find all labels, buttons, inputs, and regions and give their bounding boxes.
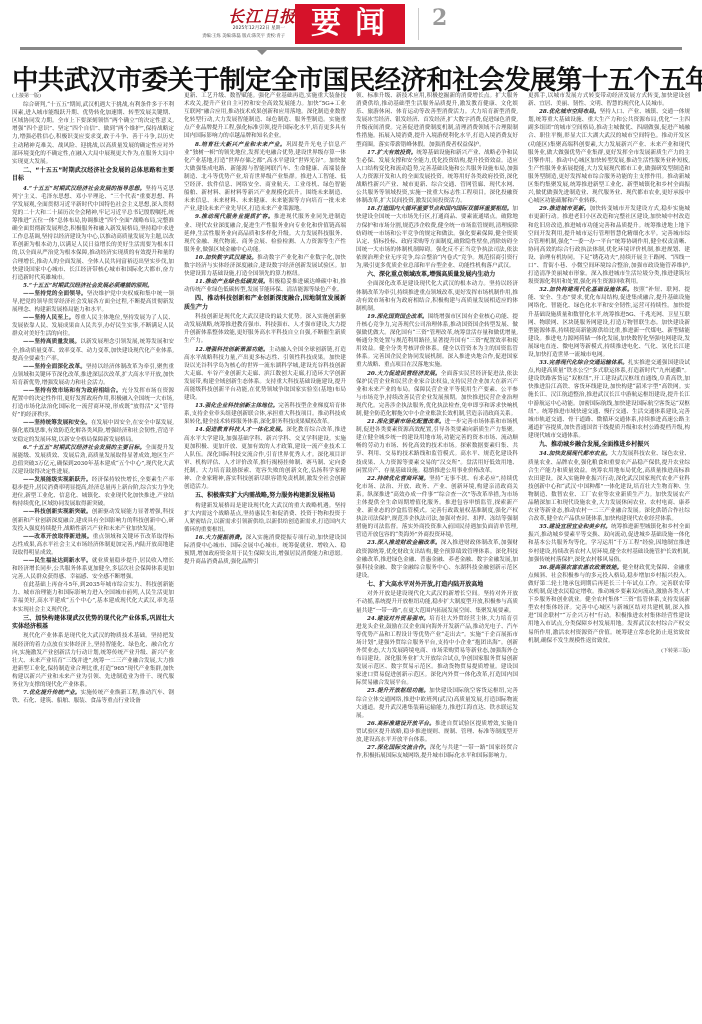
- paragraph: 更抓手,以城市发展方式转变带动经济发展方式转变,加快建设创新、宜居、美丽、韧性、…: [528, 92, 690, 108]
- item-text: 按照“补短、联网、提能、安全、生态”要求,优化布局结构,促进集成融合,提升基础设…: [528, 287, 690, 358]
- item-label: 6.“十五五”时期武汉经济社会发展的主要目标。: [23, 445, 145, 451]
- principle-label: ——坚持统筹发展和安全。: [23, 420, 91, 426]
- item-label: 7.优化提升传统产业。: [23, 690, 81, 696]
- principle-label: ——民生福祉达到新水平。: [23, 558, 92, 564]
- paragraph: 综合研判,“十五五”期间,武汉机遇大于挑战,有利条件多于不利因素,进入城市能级跃…: [12, 101, 174, 166]
- paragraph: 构建新发展格局是建设现代化大武汉的重大战略机遇。坚持扩大内需这个战略基点,坚持惠…: [184, 502, 346, 534]
- principle-label: ——坚持党的全面领导。: [23, 291, 87, 297]
- principle-paragraph: ——坚持有效市场和有为政府相结合。充分发挥市场在资源配置中的决定性作用,更好发挥…: [12, 387, 174, 419]
- paragraph: 领、标准升级、新技术应用,积极挖掘新的消费增长点。扩大服务消费供给,推动基础型生…: [356, 92, 518, 149]
- numbered-item: 9.推动现代服务业提质扩容。推进现代服务业同先进制造业、现代农业深度融合,促进生…: [184, 213, 346, 253]
- section-heading: 七、扩大高水平对外开放,打造内陆开放高地: [356, 581, 518, 589]
- item-label: 18.打造国内大循环重要节点和国内国际双循环重要枢纽。: [367, 206, 512, 212]
- item-label: 25.提升开放枢纽功能。: [367, 688, 429, 694]
- numbered-item: 19.深化国资国企改革。围绕增强市区国有企业核心功能、提升核心竞争力,完善现代公…: [356, 313, 518, 370]
- item-label: 26.高标准建设开放平台。: [367, 721, 435, 727]
- numbered-item: 16.大力提振消费。深入实施消费提振专项行动,加快建设国际消费中心城市、国际会展…: [184, 534, 346, 566]
- issue-date: 2025年12月22日 星期一: [175, 25, 285, 31]
- item-text: 培育壮大外贸经营主体,大力培育引进龙头企业,鼓励在汉企业面向海外开发新产品,推动…: [356, 616, 518, 687]
- item-label: 32.加快构建现代化基础设施体系。: [539, 287, 633, 293]
- numbered-item: 33.完善现代化综合交通运输体系。扎实推进交通强国建设试点,构建高质量“铁水公空…: [528, 359, 690, 440]
- section-heading: 五、积极落实扩大内需战略,努力服务构建新发展格局: [184, 492, 346, 500]
- numbered-item: 10.加快数字武汉建设。推动数字产业化和产业数字化,加快数字经济与实体经济深度融…: [184, 254, 346, 278]
- numbered-item: 18.打造国内大循环重要节点和国内国际双循环重要枢纽。加快建设全国统一大市场先行…: [356, 205, 518, 270]
- item-label: 33.完善现代化综合交通运输体系。: [539, 360, 628, 366]
- item-text: 健全财政优先保障、金融重点倾斜、社会积极参与的多元投入格局,稳步增加乡村振兴投入…: [528, 565, 690, 644]
- principle-paragraph: ——坚持统筹发展和安全。在发展中固安全,在安全中谋发展,强化底线思维,有效防范化…: [12, 419, 174, 443]
- paragraph: 对外开放是建设现代化大武汉的新增长空间。坚持对外开放不动摇,系统提升开放枢纽功能…: [356, 590, 518, 614]
- item-label: 29.推进城市更新。: [539, 206, 590, 212]
- paragraph: 科技创新是现代化大武汉建设的最大优势。深入实施创新驱动发展战略,统筹推进教育强市…: [184, 313, 346, 345]
- item-text: 坚持人口、产业、城镇、交通一体规划,统筹重大基础设施、重大生产力和公共资源布局,…: [528, 109, 690, 204]
- article-column-4: 更抓手,以城市发展方式转变带动经济发展方式转变,加快建设创新、宜居、美丽、韧性、…: [528, 92, 690, 1022]
- item-label: 4.“十五五”时期武汉经济社会发展的指导思想。: [23, 186, 145, 192]
- numbered-item: 6.“十五五”时期武汉经济社会发展的主要目标。全面提升发展能级、发展质效、发展后…: [12, 444, 174, 476]
- numbered-item: 17.扩大有效投资。统筹基础设施和新兴产业、战略必争和民生必保、发展支撑和安全能…: [356, 149, 518, 206]
- numbered-item: 4.“十五五”时期武汉经济社会发展的指导思想。坚持马克思列宁主义、毛泽东思想、邓…: [12, 185, 174, 282]
- section-heading: 二、“十五五”时期武汉经济社会发展的总体思路和主要目标: [12, 167, 174, 184]
- numbered-item: 5.“十五五”时期武汉经济社会发展必须遵循的原则。: [12, 282, 174, 290]
- numbered-item: 20.大力促进民营经济发展。全面落实民营经济促进法,依法保护民营企业和民营企业家…: [356, 370, 518, 419]
- numbered-item: 11.推动产业绿色低碳发展。积极稳妥推进碳达峰碳中和,推动传统产业绿色低碳转型,…: [184, 278, 346, 294]
- numbered-item: 23.深入推进财政金融改革。深入推进财政体制改革,加强财政资源统筹,优化财政支出…: [356, 539, 518, 579]
- principle-label: ——改革开放取得新进展。: [23, 534, 93, 540]
- item-label: 34.加快发展现代都市农业。: [539, 451, 611, 457]
- principle-label: ——发展能级实现新跃升。: [23, 477, 92, 483]
- editors-credit: 责编:王烁 美编:陈磊 版式:陈笑宇 责校:青子: [150, 33, 285, 39]
- item-label: 19.深化国资国企改革。: [367, 314, 428, 320]
- article-column-1: (上接第一版) 综合研判,“十五五”期间,武汉机遇大于挑战,有利条件多于不利因素…: [12, 92, 174, 1022]
- item-label: 23.深入推进财政金融改革。: [367, 540, 441, 546]
- numbered-item: 29.推进城市更新。加快转变城市开发建设方式,稳步实施城市更新行动。推进老旧小区…: [528, 205, 690, 286]
- paragraph: 更新、工艺升级、数智赋能。强化产业基础再造,实施重大装备技术攻关,提升产业自主可…: [184, 92, 346, 141]
- continued-to-note: (下转第三版): [528, 647, 690, 655]
- item-label: 14.促进教育科技人才一体化发展。: [195, 427, 286, 433]
- item-label: 35.建设宜居宜业和美乡村。: [539, 524, 611, 530]
- article-column-3: 领、标准升级、新技术应用,积极挖掘新的消费增长点。扩大服务消费供给,推动基础型生…: [356, 92, 518, 1022]
- page-number: 2: [432, 5, 447, 31]
- numbered-item: 35.建设宜居宜业和美乡村。统筹推进新型城镇化和乡村全面振兴,推动城乡要素平等交…: [528, 523, 690, 563]
- divider: [418, 8, 419, 40]
- numbered-item: 8.培育壮大新兴产业和未来产业。巩固提升光电子信息产业“独树一帜”的领先地位,发…: [184, 141, 346, 214]
- masthead: 长江日报 2025年12月22日 星期一 责编:王烁 美编:陈磊 版式:陈笑宇 …: [0, 0, 702, 50]
- item-text: 加快转变城市开发建设方式,稳步实施城市更新行动。推进老旧小区改造和完整社区建设,…: [528, 206, 690, 285]
- item-label: 13.强化企业科技创新主体地位。: [195, 403, 278, 409]
- numbered-item: 24.建设对外贸易强市。培育壮大外贸经营主体,大力培育引进龙头企业,鼓励在汉企业…: [356, 615, 518, 688]
- principle-paragraph: ——发展能级实现新跃升。经济保持较快增长,全要素生产率稳步提升,居民消费率明显提…: [12, 476, 174, 508]
- principle-paragraph: ——民生福祉达到新水平。就业质量稳步提升,居民收入增长和经济增长同步,公共服务体…: [12, 557, 174, 581]
- item-text: 加快建设全国统一大市场先行区,打通商品、要素流通堵点。破除地方保护和市场分割,规…: [356, 206, 518, 269]
- section-heading: 三、加快构建体现武汉优势的现代化产业体系,巩固壮大实体经济根基: [12, 615, 174, 632]
- item-label: 27.深化国际交流合作。: [367, 745, 430, 751]
- item-label: 24.建设对外贸易强市。: [367, 616, 429, 622]
- numbered-item: 34.加快发展现代都市农业。大力发展科技农业、绿色农业、质量农业、品牌农业,强化…: [528, 450, 690, 523]
- item-label: 8.培育壮大新兴产业和未来产业。: [195, 142, 286, 148]
- item-label: 10.加快数字武汉建设。: [195, 255, 257, 261]
- numbered-item: 12.增强科技创新策源功能。主动融入全国全球创新链,打造高水平战略科技力量,产出…: [184, 346, 346, 403]
- principle-paragraph: ——科技创新实现新突破。创新驱动发展能力显著增强,科技创新和产业创新深度融合,建…: [12, 508, 174, 532]
- numbered-item: 7.优化提升传统产业。实施传统产业焕新工程,推动汽车、钢铁、石化、建筑、船舶、服…: [12, 689, 174, 705]
- continued-from-note: (上接第一版): [12, 92, 174, 100]
- principle-paragraph: ——坚持人民至上。尊重人民主体地位,坚持发展为了人民、发展依靠人民、发展成果由人…: [12, 314, 174, 338]
- section-heading: 九、推动城乡融合发展,全面推进乡村振兴: [528, 441, 690, 449]
- item-label: 9.推动现代服务业提质扩容。: [195, 214, 274, 220]
- principle-label: ——坚持全面深化改革。: [23, 364, 86, 370]
- item-label: 21.深化要素市场化配置改革。: [367, 419, 445, 425]
- numbered-item: 13.强化企业科技创新主体地位。完善科技型企业梯度培育体系,支持企业牵头组建创新…: [184, 402, 346, 426]
- principle-paragraph: ——坚持全面深化改革。坚持以经济体制改革为牵引,聚焦重点领域和关键环节深化改革,…: [12, 363, 174, 387]
- numbered-item: 32.加快构建现代化基础设施体系。按照“补短、联网、提能、安全、生态”要求,优化…: [528, 286, 690, 359]
- item-text: 围绕增强市区国有企业核心功能、提升核心竞争力,完善现代公司治理体系,推动国资国企…: [356, 314, 518, 369]
- item-text: 坚持“无事不扰、有求必应”,持续优化市场、法治、开放、政务、产业、创新环境,构建…: [356, 476, 518, 539]
- principle-label: ——坚持人民至上。: [23, 315, 75, 321]
- item-text: 统筹基础设施和新兴产业、战略必争和民生必保、发展支撑和安全能力,优化投资结构,提…: [356, 150, 518, 205]
- principle-paragraph: ——坚持党的全面领导。坚决维护党中央权威和集中统一领导,把党的领导贯穿经济社会发…: [12, 290, 174, 314]
- numbered-item: 22.持续优化营商环境。坚持“无事不扰、有求必应”,持续优化市场、法治、开放、政…: [356, 475, 518, 540]
- numbered-item: 27.深化国际交流合作。深化与共建“一带一路”国家经贸合作,积极拓展国际友城网络…: [356, 744, 518, 760]
- paragraph: 全面深化改革是建设现代化大武汉的根本动力。坚持以经济体制改革为牵引,持续推进重点…: [356, 280, 518, 312]
- principle-label: ——坚持有效市场和有为政府相结合。: [23, 388, 122, 394]
- article-body: (上接第一版) 综合研判,“十五五”期间,武汉机遇大于挑战,有利条件多于不利因素…: [12, 92, 690, 1022]
- article-column-2: 更新、工艺升级、数智赋能。强化产业基础再造,实施重大装备技术攻关,提升产业自主可…: [184, 92, 346, 1022]
- item-label: 28.优化城市空间布局。: [539, 109, 600, 115]
- item-label: 12.增强科技创新策源功能。: [195, 347, 269, 353]
- item-label: 22.持续优化营商环境。: [367, 476, 429, 482]
- item-text: 扎实推进交通强国建设试点,构建高质量“铁水公空”多式联运体系,打造新时代“九州通…: [528, 360, 690, 439]
- item-text: 深化教育综合改革,推进高水平大学建设,加强基础学科、新兴学科、交叉学科建设。实施…: [184, 427, 346, 490]
- header-rule: [20, 47, 682, 50]
- item-label: 5.“十五五”时期武汉经济社会发展必须遵循的原则。: [23, 283, 153, 289]
- numbered-item: 14.促进教育科技人才一体化发展。深化教育综合改革,推进高水平大学建设,加强基础…: [184, 426, 346, 491]
- numbered-item: 25.提升开放枢纽功能。加快建设国际航空客货运枢纽,完善综合立体交通网络,推进中…: [356, 687, 518, 719]
- item-text: 坚持马克思列宁主义、毛泽东思想、邓小平理论、“三个代表”重要思想、科学发展观,全…: [12, 186, 174, 281]
- principle-paragraph: ——改革开放取得新进展。重点领域和关键环节改革取得标志性成果,高水平社会主义市场…: [12, 533, 174, 557]
- item-text: 进一步完善市场体系和市场机制,促进各类要素资源高效配置,引导各类要素向新质生产力…: [356, 419, 518, 474]
- item-label: 16.大力提振消费。: [195, 535, 246, 541]
- item-label: 11.推动产业绿色低碳发展。: [195, 279, 269, 285]
- item-label: 36.提高强农富农惠农政策效能。: [539, 565, 622, 571]
- item-text: 全面落实民营经济促进法,依法保护民营企业和民营企业家合法权益,支持民营企业加大在…: [356, 371, 518, 417]
- numbered-item: 21.深化要素市场化配置改革。进一步完善市场体系和市场机制,促进各类要素资源高效…: [356, 418, 518, 475]
- item-label: 20.大力促进民营经济发展。: [367, 371, 441, 377]
- item-text: 大力发展科技农业、绿色农业、质量农业、品牌农业,强化粮食和重要农产品稳产保供,提…: [528, 451, 690, 522]
- paragraph: 现代化产业体系是现代化大武汉的物质技术基础。坚持把发展经济的着力点放在实体经济上…: [12, 632, 174, 689]
- numbered-item: 28.优化城市空间布局。坚持人口、产业、城镇、交通一体规划,统筹重大基础设施、重…: [528, 108, 690, 205]
- section-heading: 六、深化重点领域改革,增强高质量发展内生动力: [356, 271, 518, 279]
- principle-label: ——坚持高质量发展。: [23, 339, 80, 345]
- item-label: 17.扩大有效投资。: [367, 150, 416, 156]
- section-heading: 四、推动科技创新和产业创新深度融合,因地制宜发展新质生产力: [184, 295, 346, 312]
- section-badge: 要闻: [295, 4, 405, 44]
- rule-pointer-icon: [257, 50, 267, 55]
- paragraph: 在此基础上再奋斗5年,到2035年城市综合实力、科技创新能力、城市治理能力和国际…: [12, 581, 174, 613]
- principle-paragraph: ——坚持高质量发展。以新发展理念引领发展,统筹发展和安全,推动质量变革、效率变革…: [12, 338, 174, 362]
- item-text: 主动融入全国全球创新链,打造高水平战略科技力量,产出更多标志性、引领性科技成果。…: [184, 347, 346, 402]
- item-text: 巩固提升光电子信息产业“独树一帜”的领先地位,发挥光电融合优势,建设世界级存算一…: [184, 142, 346, 213]
- principle-label: ——科技创新实现新突破。: [23, 509, 92, 515]
- numbered-item: 36.提高强农富农惠农政策效能。健全财政优先保障、金融重点倾斜、社会积极参与的多…: [528, 564, 690, 645]
- newspaper-logo: 长江日报: [228, 4, 296, 27]
- numbered-item: 26.高标准建设开放平台。推进自贸试验区提质增效,实施自贸试验区提升战略,稳步推…: [356, 720, 518, 744]
